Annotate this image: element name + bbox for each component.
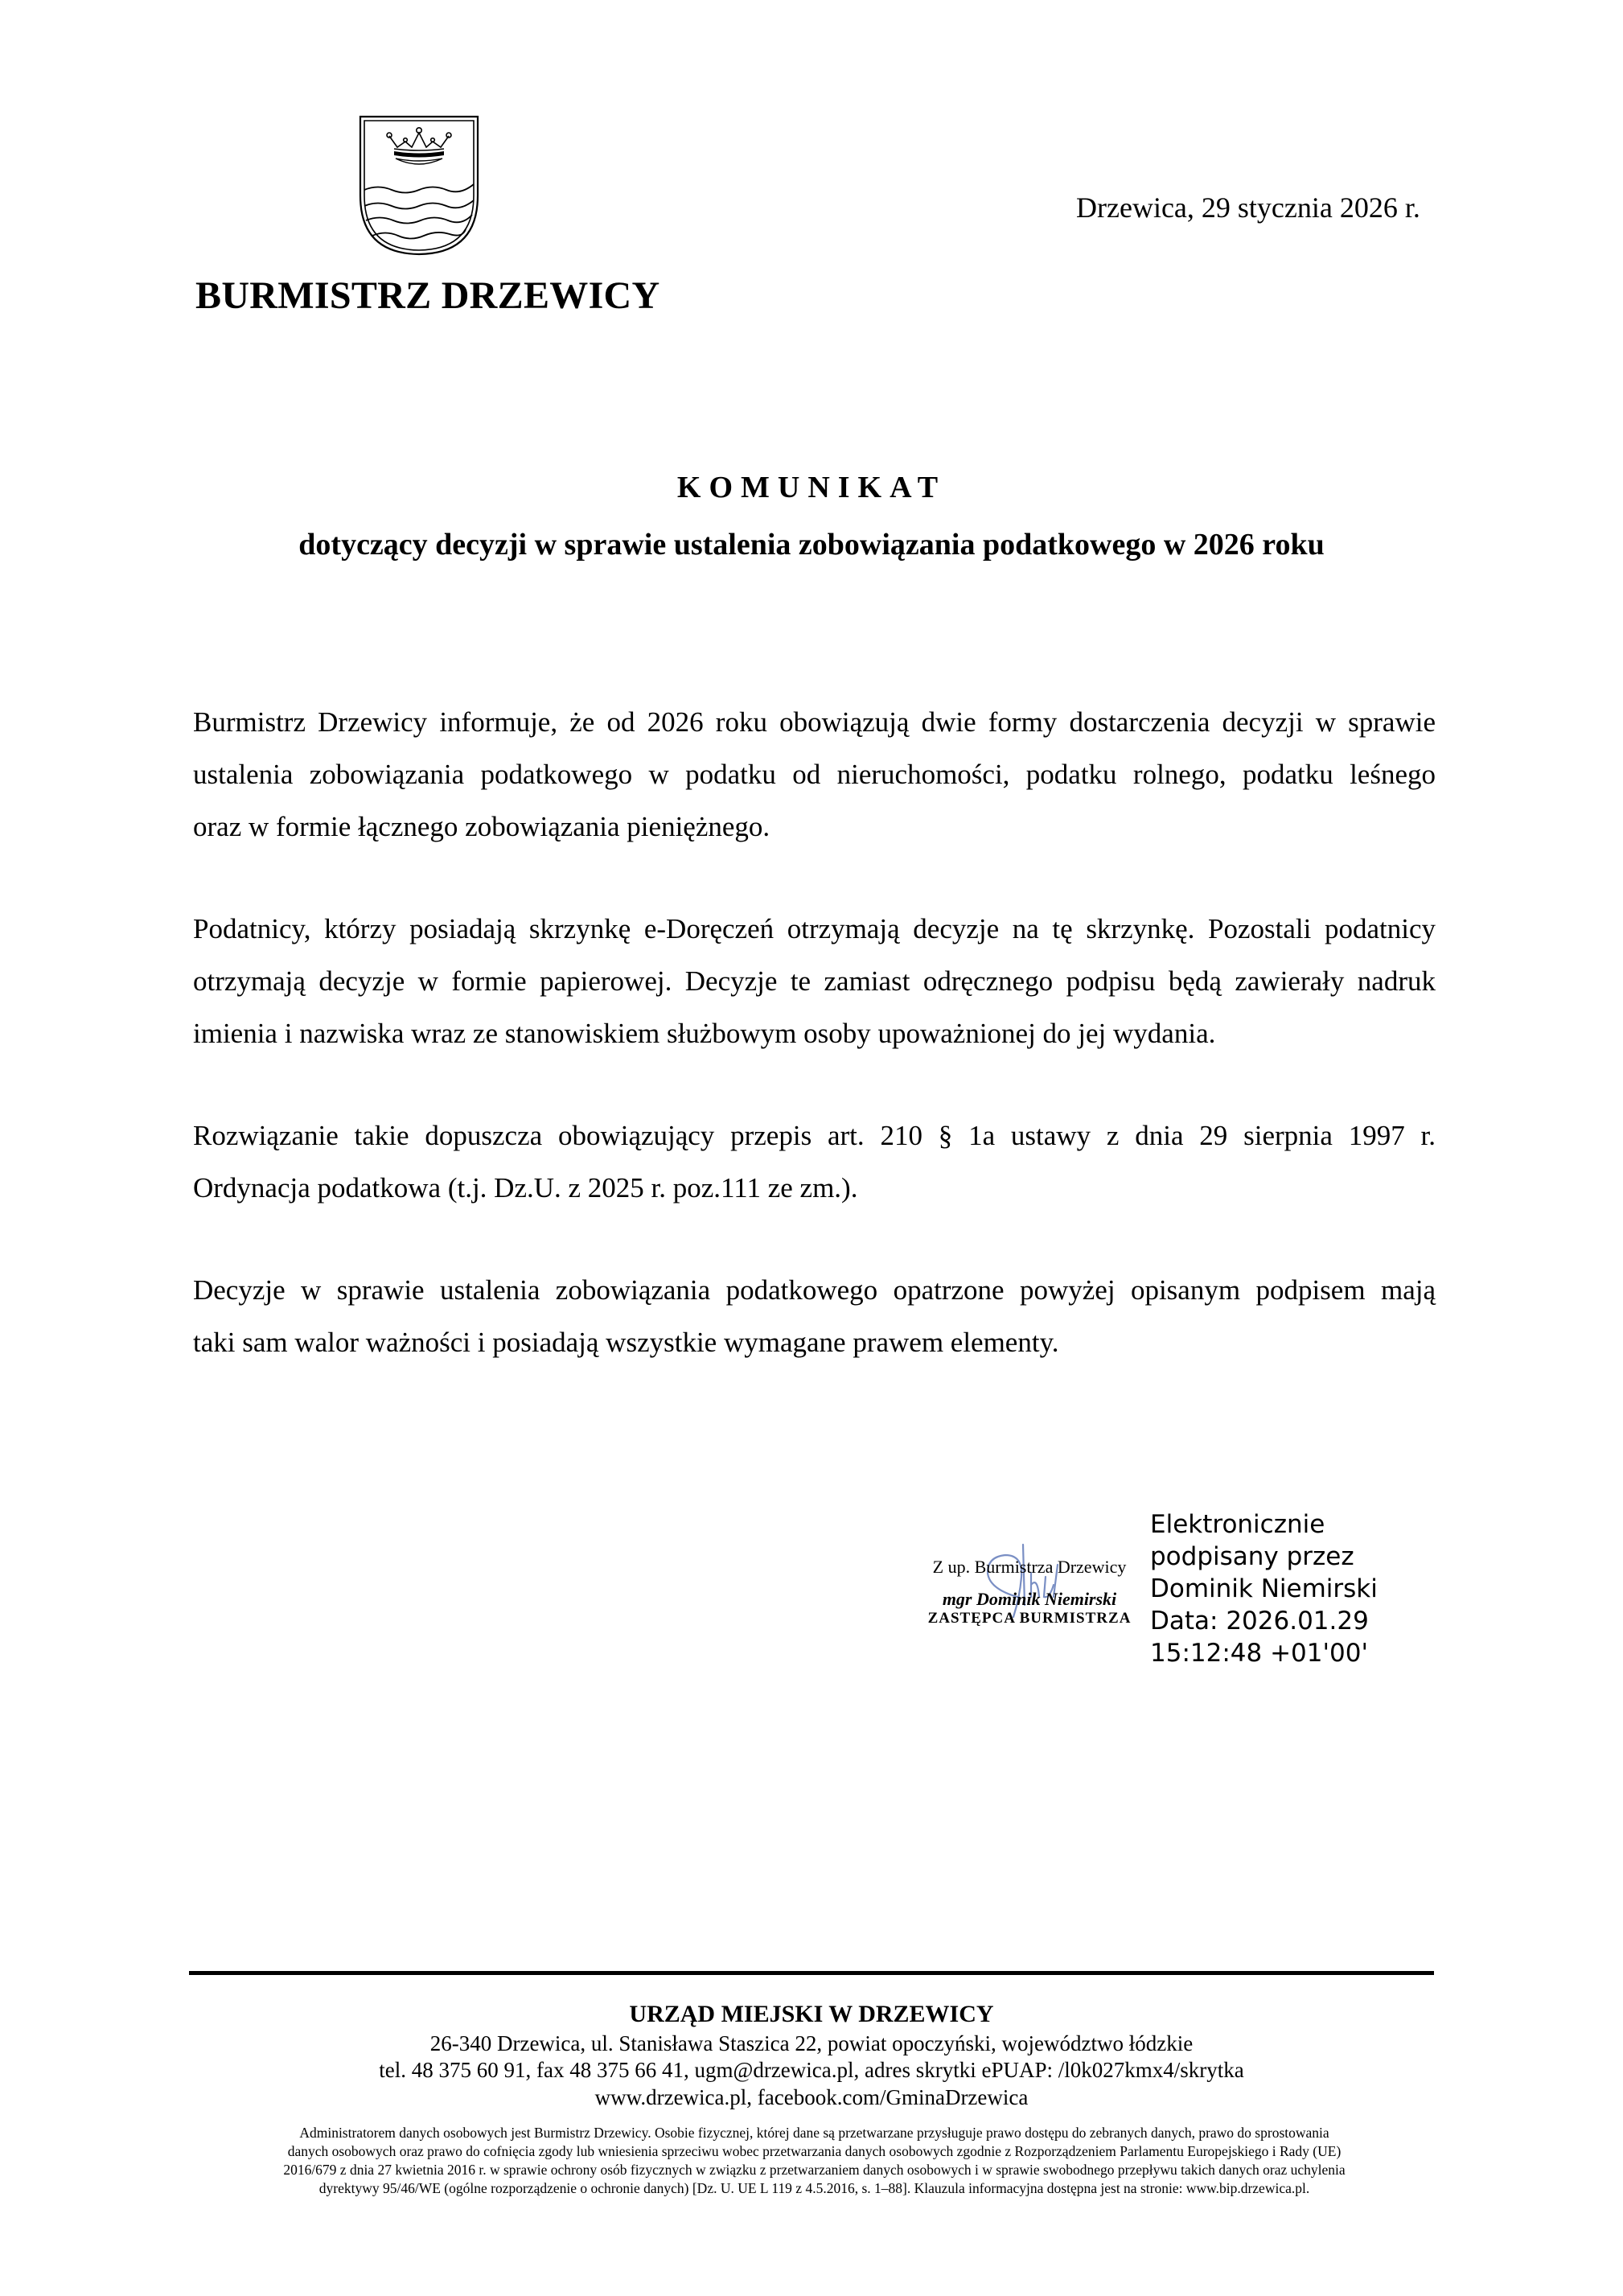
- esig-line: Dominik Niemirski: [1150, 1573, 1378, 1605]
- paragraph-line: imienia i nazwiska wraz ze stanowiskiem …: [193, 1007, 1436, 1060]
- footer-divider: [189, 1971, 1434, 1975]
- body-paragraph-1: Burmistrz Drzewicy informuje, że od 2026…: [193, 696, 1436, 853]
- gdpr-line: danych osobowych oraz prawo do cofnięcia…: [193, 2142, 1436, 2161]
- electronic-signature-block: Elektronicznie podpisany przez Dominik N…: [1150, 1508, 1378, 1669]
- issuing-authority: BURMISTRZ DRZEWICY: [195, 274, 660, 318]
- paragraph-line: Ordynacja podatkowa (t.j. Dz.U. z 2025 r…: [193, 1162, 1436, 1214]
- document-subtitle: dotyczący decyzji w sprawie ustalenia zo…: [0, 527, 1623, 562]
- place-and-date: Drzewica, 29 stycznia 2026 r.: [1076, 191, 1420, 224]
- esig-line: Data: 2026.01.29: [1150, 1605, 1378, 1637]
- signature-on-behalf: Z up. Burmistrza Drzewicy: [917, 1557, 1142, 1578]
- paragraph-line: Decyzje w sprawie ustalenia zobowiązania…: [193, 1264, 1436, 1316]
- paragraph-line: taki sam walor ważności i posiadają wszy…: [193, 1316, 1436, 1368]
- footer-web-links: www.drzewica.pl, facebook.com/GminaDrzew…: [0, 2085, 1623, 2110]
- signatory-position: ZASTĘPCA BURMISTRZA: [917, 1610, 1142, 1627]
- gdpr-line: 2016/679 z dnia 27 kwietnia 2016 r. w sp…: [193, 2161, 1436, 2179]
- footer-contact: tel. 48 375 60 91, fax 48 375 66 41, ugm…: [0, 2058, 1623, 2083]
- footer-address: 26-340 Drzewica, ul. Stanisława Staszica…: [0, 2031, 1623, 2056]
- signatory-name: mgr Dominik Niemirski: [917, 1589, 1142, 1610]
- paragraph-line: Burmistrz Drzewicy informuje, że od 2026…: [193, 696, 1436, 748]
- esig-line: 15:12:48 +01'00': [1150, 1637, 1378, 1669]
- paragraph-line: Rozwiązanie takie dopuszcza obowiązujący…: [193, 1109, 1436, 1162]
- esig-line: Elektronicznie: [1150, 1508, 1378, 1541]
- paragraph-line: ustalenia zobowiązania podatkowego w pod…: [193, 748, 1436, 800]
- body-paragraph-4: Decyzje w sprawie ustalenia zobowiązania…: [193, 1264, 1436, 1368]
- document-title: KOMUNIKAT: [0, 470, 1623, 505]
- gdpr-notice: Administratorem danych osobowych jest Bu…: [193, 2124, 1436, 2198]
- body-paragraph-3: Rozwiązanie takie dopuszcza obowiązujący…: [193, 1109, 1436, 1214]
- paragraph-line: Podatnicy, którzy posiadają skrzynkę e-D…: [193, 903, 1436, 955]
- gdpr-line: dyrektywy 95/46/WE (ogólne rozporządzeni…: [193, 2179, 1436, 2198]
- paragraph-line: oraz w formie łącznego zobowiązania pien…: [193, 800, 1436, 853]
- gdpr-line: Administratorem danych osobowych jest Bu…: [193, 2124, 1436, 2142]
- paragraph-line: otrzymają decyzje w formie papierowej. D…: [193, 955, 1436, 1007]
- esig-line: podpisany przez: [1150, 1541, 1378, 1573]
- body-paragraph-2: Podatnicy, którzy posiadają skrzynkę e-D…: [193, 903, 1436, 1060]
- signature-stamp: Z up. Burmistrza Drzewicy mgr Dominik Ni…: [917, 1557, 1142, 1627]
- footer-office-name: URZĄD MIEJSKI W DRZEWICY: [0, 2001, 1623, 2028]
- coat-of-arms-icon: [359, 115, 479, 256]
